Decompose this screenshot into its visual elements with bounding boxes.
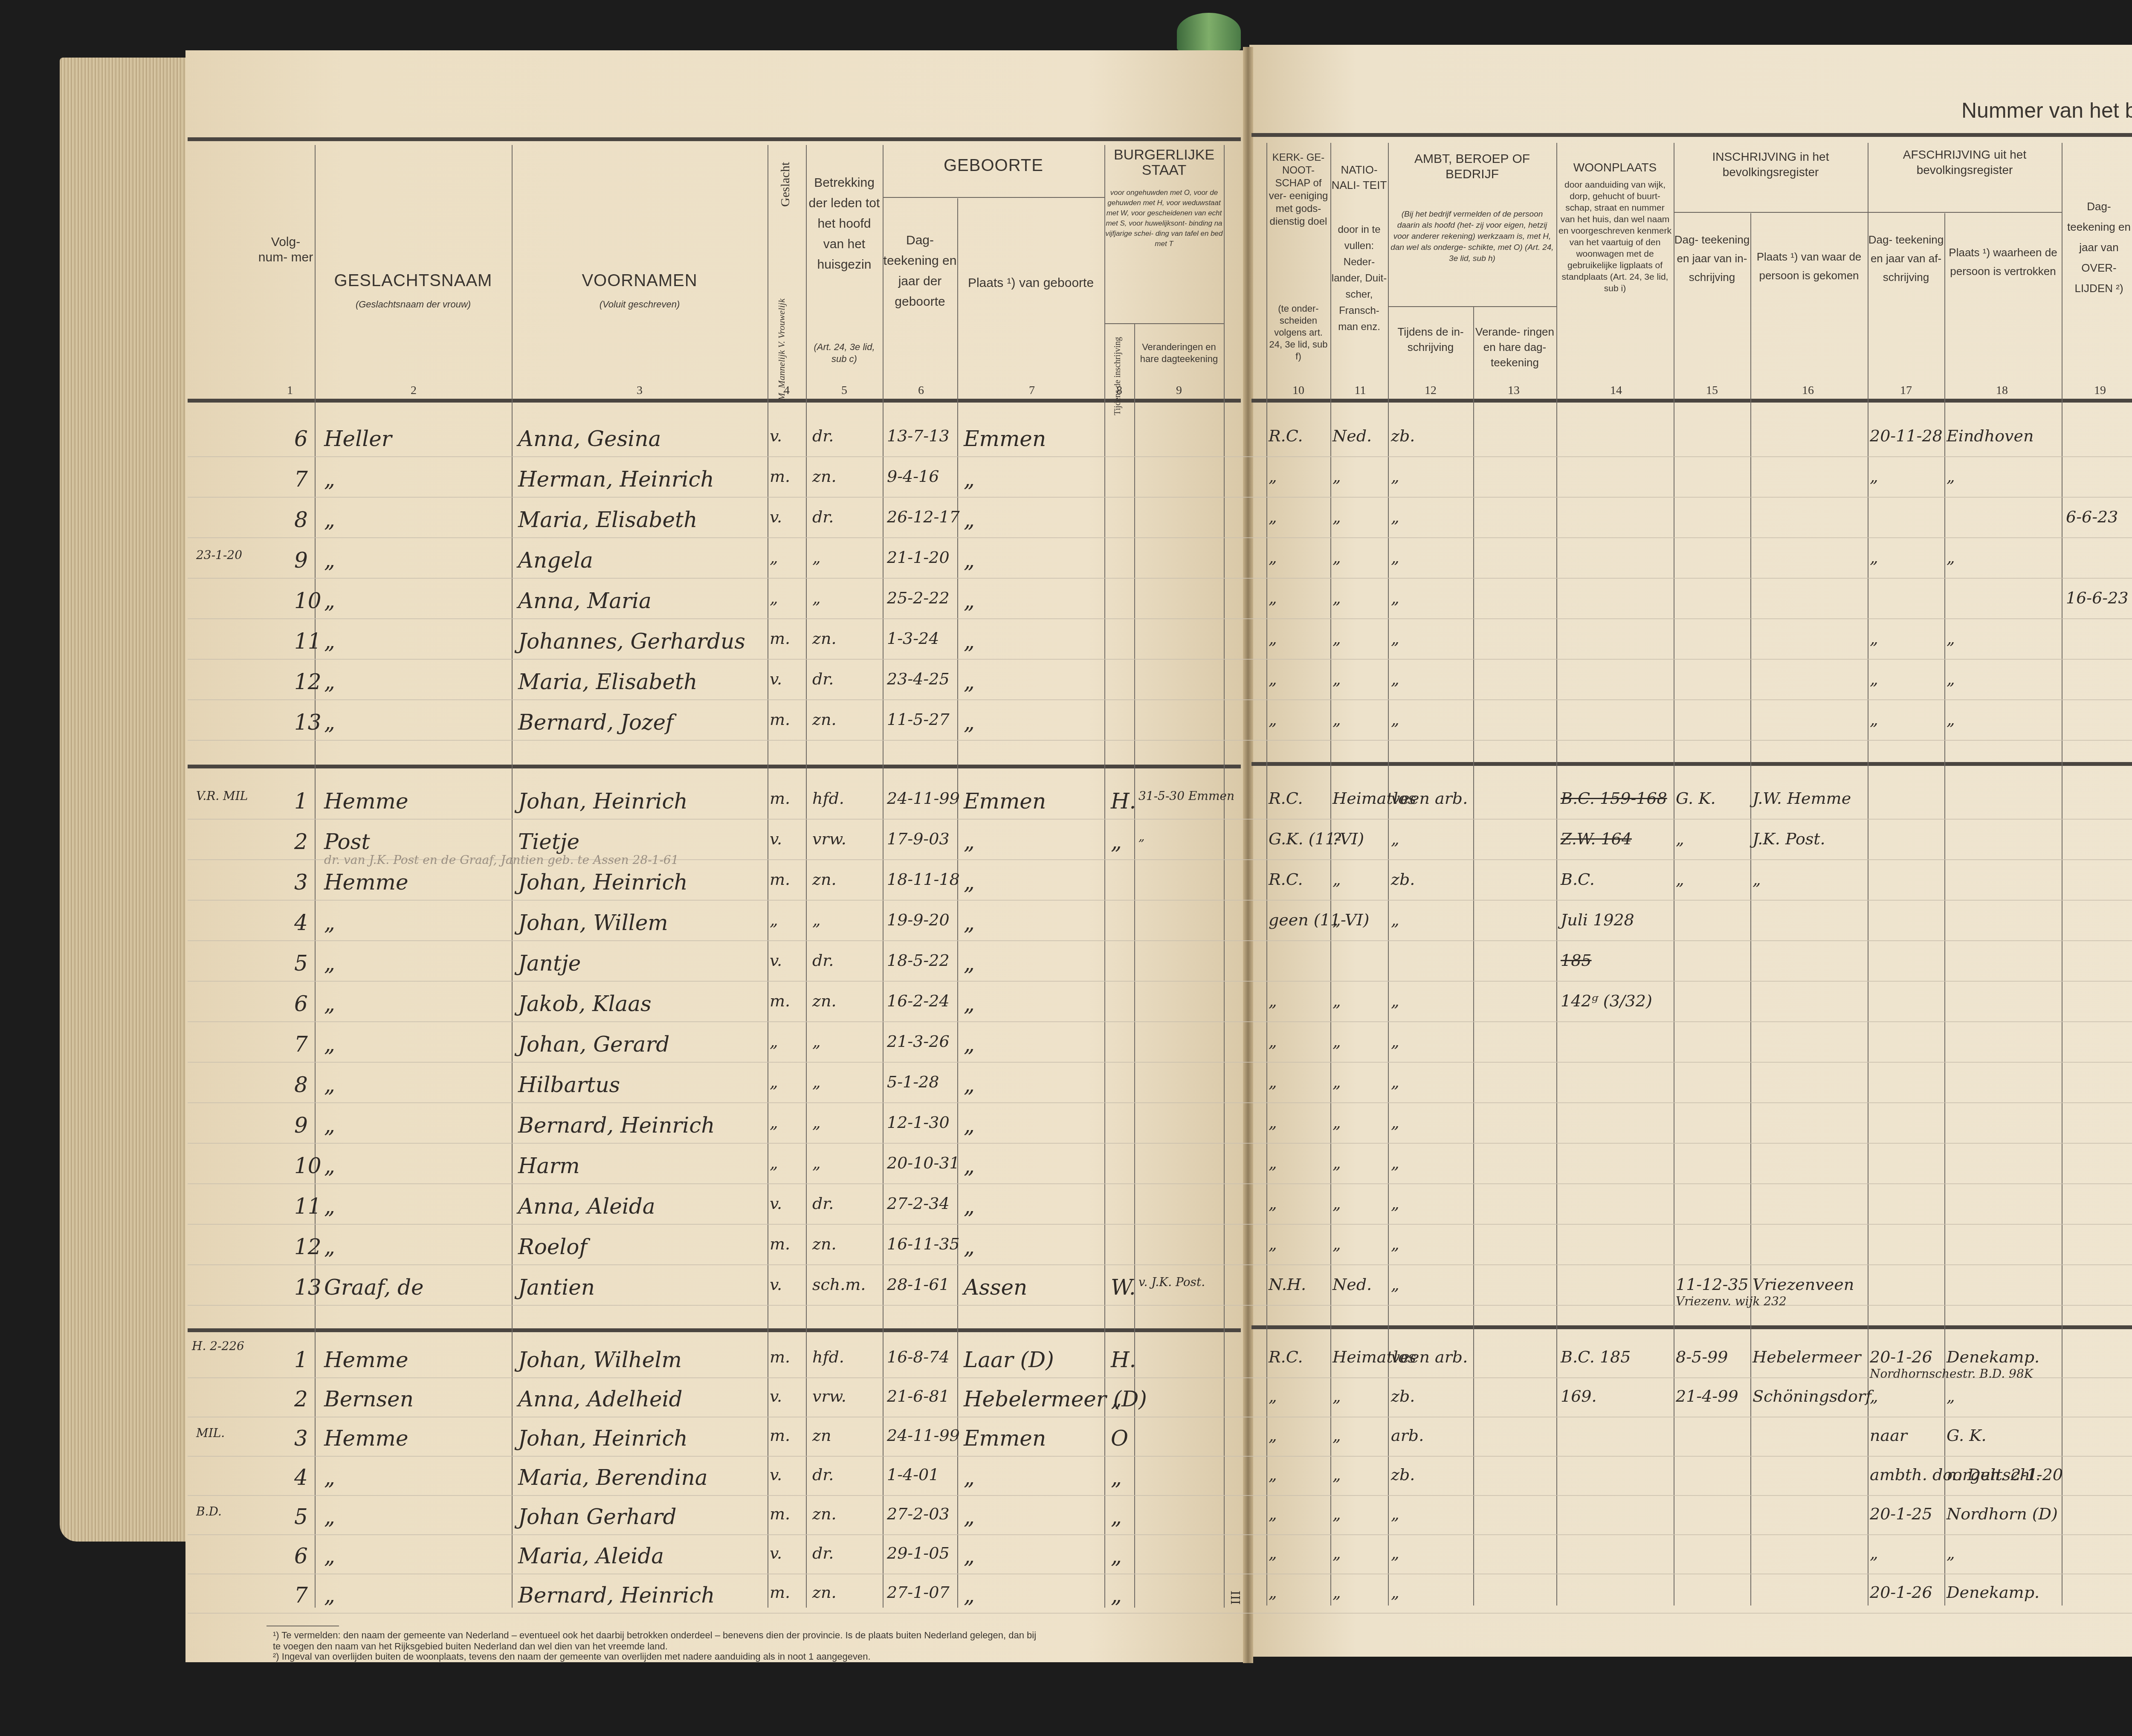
cell-rel: zn. [812, 1235, 837, 1253]
cell-occ: „ [1391, 1153, 1399, 1172]
cell-dob: 1-3-24 [887, 629, 939, 648]
cell-nat: „ [1332, 1583, 1341, 1602]
row-rule [188, 1264, 2132, 1265]
colnum-10: 10 [1288, 384, 1309, 397]
cell-pob: „ [964, 951, 975, 976]
cell-dob: 9-4-16 [887, 467, 939, 486]
header-bs-veranderingen: Veranderingen en hare dagteekening [1134, 341, 1224, 365]
cell-occ: veen arb. [1391, 789, 1468, 808]
cell-nr: 1 [294, 789, 308, 814]
colnum-4: 4 [778, 384, 795, 397]
cell-church: R.C. [1269, 1348, 1303, 1366]
row-rule [188, 1613, 2132, 1614]
header-inschrijving-dag: Dag- teekening en jaar van in- schrijvin… [1674, 230, 1750, 287]
cell-bs: W. [1111, 1275, 1136, 1300]
header-overlijden: Dag- teekening en jaar van OVER- LIJDEN … [2062, 196, 2132, 299]
household-divider-1-right [1251, 762, 2132, 766]
cell-sex: v. [770, 426, 782, 445]
header-geslachtsnaam: GESLACHTSNAAM [315, 273, 512, 288]
cell-given: Johan, Wilhelm [518, 1348, 682, 1372]
col-divider [1473, 307, 1474, 1606]
cell-occ: „ [1391, 1113, 1399, 1132]
colnum-19: 19 [2089, 384, 2111, 397]
cell-nr: 12 [294, 669, 322, 694]
cell-occ: „ [1391, 629, 1399, 648]
header-woonplaats: WOONPLAATS [1556, 160, 1674, 175]
cell-occ: zb. [1391, 1465, 1415, 1484]
cell-surname: „ [324, 669, 335, 694]
cell-sex: v. [770, 669, 782, 688]
cell-nat: Ned. [1332, 426, 1372, 445]
cell-occ: „ [1391, 991, 1399, 1010]
cell-nr: 8 [294, 1072, 308, 1097]
row-rule [188, 537, 2132, 538]
cell-dob: 27-2-34 [887, 1194, 950, 1213]
cell-out-to: n. Duitschl. [1947, 1465, 2041, 1484]
cell-in-from: J.K. Post. [1753, 829, 1825, 848]
cell-surname: „ [324, 1032, 335, 1057]
col-divider [1868, 143, 1868, 1606]
cell-pob: „ [964, 1194, 975, 1219]
cell-dob: 21-6-81 [887, 1387, 950, 1406]
cell-given: Harm [518, 1153, 580, 1178]
cell-nat: „ [1332, 1426, 1341, 1445]
cell-sex: v. [770, 1544, 782, 1562]
cell-sex: „ [770, 1032, 778, 1051]
header-nationaliteit: NATIO- NALI- TEIT [1330, 162, 1388, 193]
household-divider-1-left [188, 765, 1241, 768]
cell-church: „ [1269, 1426, 1277, 1445]
cell-nat: „ [1332, 588, 1341, 607]
cell-occ: „ [1391, 507, 1399, 526]
cell-res: 142ᵍ (3/32) [1561, 991, 1652, 1010]
cell-pob: „ [964, 1072, 975, 1097]
cell-nat: „ [1332, 910, 1341, 929]
cell-nr: 4 [294, 1465, 308, 1490]
col-divider [883, 145, 884, 1608]
cell-pob: Emmen [964, 1426, 1046, 1451]
cell-out-to: Nordhorn (D) [1947, 1504, 2058, 1523]
cell-occ: „ [1391, 1504, 1399, 1523]
cell-bs: „ [1111, 1465, 1122, 1490]
cell-nat: „ [1332, 1465, 1341, 1484]
cell-given: Maria, Elisabeth [518, 669, 697, 694]
cell-rel: zn [812, 1426, 831, 1445]
cell-given: Johan, Heinrich [518, 1426, 688, 1451]
cell-nr: 9 [294, 1113, 308, 1138]
cell-given: Maria, Elisabeth [518, 507, 697, 532]
row-rule [188, 1021, 2132, 1022]
row-rule [188, 497, 2132, 498]
cell-nat: ? [1332, 829, 1341, 848]
cell-dob: 12-1-30 [887, 1113, 950, 1132]
cell-out-to: „ [1947, 669, 1955, 688]
cell-dob: 17-9-03 [887, 829, 950, 848]
cell-in-date: „ [1676, 829, 1684, 848]
cell-nr: 2 [294, 829, 308, 854]
cell-church: „ [1269, 991, 1277, 1010]
cell-in-from: Schöningsdorf [1753, 1387, 1871, 1406]
cell-sex: „ [770, 1072, 778, 1091]
row-rule [188, 618, 2132, 619]
cell-res: 169. [1561, 1387, 1597, 1406]
cell-pob: Emmen [964, 426, 1046, 451]
cell-dob: 24-11-99 [887, 1426, 960, 1445]
cell-dob: 24-11-99 [887, 789, 960, 808]
header-geslacht: Geslacht [778, 162, 793, 207]
cell-church: G.K. (11-VI) [1269, 829, 1364, 848]
cell-pob: „ [964, 1235, 975, 1259]
row-rule [188, 1417, 2132, 1417]
cell-nat: „ [1332, 1544, 1341, 1562]
cell-given: Bernard, Jozef [518, 710, 674, 735]
cell-rel: zn. [812, 710, 837, 729]
cell-given: Tietje [518, 829, 579, 854]
cell-nat: Ned. [1332, 1275, 1372, 1294]
cell-occ: „ [1391, 1235, 1399, 1253]
cell-sex: m. [770, 629, 790, 648]
cell-sex: v. [770, 507, 782, 526]
cell-nr: 3 [294, 870, 308, 895]
cell-out-to: „ [1947, 1387, 1955, 1406]
colnum-7: 7 [1023, 384, 1040, 397]
cell-pob: „ [964, 870, 975, 895]
row-rule [188, 578, 2132, 579]
row-rule [188, 1574, 2132, 1574]
cell-rel: dr. [812, 426, 834, 445]
cell-in-from: „ [1753, 870, 1761, 889]
cell-surname: Heller [324, 426, 392, 451]
header-inschrijving-group: INSCHRIJVING in het bevolkingsregister [1674, 149, 1868, 180]
cell-rel: sch.m. [812, 1275, 866, 1294]
cell-church: „ [1269, 1235, 1277, 1253]
cell-nr: 10 [294, 588, 322, 613]
cell-surname: Hemme [324, 1348, 408, 1372]
cell-sex: „ [770, 1153, 778, 1172]
cell-occ: „ [1391, 1194, 1399, 1213]
row-rule [188, 456, 2132, 457]
cell-margin: V.R. MIL [196, 789, 248, 803]
cell-given: Anna, Gesina [518, 426, 661, 451]
header-bottom-rule-right [1251, 399, 2132, 403]
cell-bs: „ [1111, 1387, 1122, 1411]
cell-sex: „ [770, 588, 778, 607]
cell-surname: „ [324, 1544, 335, 1568]
cell-out-to: „ [1947, 710, 1955, 729]
cell-sex: m. [770, 467, 790, 486]
cell-dob: 27-2-03 [887, 1504, 950, 1523]
cell-in-from: Vriezenveen [1753, 1275, 1854, 1294]
cell-given: Bernard, Heinrich [518, 1113, 715, 1138]
row-rule [188, 1062, 2132, 1063]
cell-sex: „ [770, 910, 778, 929]
row-rule [188, 819, 2132, 820]
household-divider-2-right [1251, 1325, 2132, 1329]
cell-nr: 11 [294, 629, 322, 654]
header-afschrijving-group: AFSCHRIJVING uit het bevolkingsregister [1868, 147, 2062, 178]
cell-rel: vrw. [812, 829, 846, 848]
cell-given: Johan, Heinrich [518, 789, 688, 814]
cell-occ: „ [1391, 548, 1399, 567]
cell-church: „ [1269, 1153, 1277, 1172]
cell-nr: 1 [294, 1348, 308, 1372]
footnote-2: ²) Ingeval van overlijden buiten de woon… [273, 1651, 1040, 1662]
cell-nat: „ [1332, 1387, 1341, 1406]
cell-bs: „ [1111, 1583, 1122, 1608]
colnum-9: 9 [1170, 384, 1188, 397]
header-ambt-tijdens: Tijdens de in- schrijving [1388, 324, 1473, 355]
cell-nr: 12 [294, 1235, 322, 1259]
header-ambt-note: (Bij het bedrijf vermelden of de persoon… [1390, 209, 1554, 264]
cell-occ: arb. [1391, 1426, 1424, 1445]
cell-church: „ [1269, 1465, 1277, 1484]
colnum-12: 12 [1420, 384, 1441, 397]
cell-church: „ [1269, 548, 1277, 567]
cell-church: „ [1269, 629, 1277, 648]
cell-bs-change: v. J.K. Post. [1138, 1275, 1205, 1289]
cell-pob: Emmen [964, 789, 1046, 814]
cell-dob: 19-9-20 [887, 910, 950, 929]
cell-nr: 6 [294, 991, 308, 1016]
col-divider [1330, 143, 1331, 1606]
cell-out-date: „ [1870, 669, 1878, 688]
cell-res: Juli 1928 [1561, 910, 1634, 929]
cell-rel: dr. [812, 1194, 834, 1213]
cell-given: Johan, Heinrich [518, 870, 688, 895]
household-divider-2-left [188, 1328, 1241, 1332]
cell-nr: 13 [294, 710, 322, 735]
cell-sex: v. [770, 829, 782, 848]
cell-in-date: 11-12-35 [1676, 1275, 1749, 1294]
cell-sex: v. [770, 1275, 782, 1294]
cell-dob: 28-1-61 [887, 1275, 950, 1294]
cell-church: „ [1269, 588, 1277, 607]
row-rule [188, 699, 2132, 700]
col-divider [1556, 143, 1557, 1606]
cell-sex: m. [770, 710, 790, 729]
cell-church: „ [1269, 710, 1277, 729]
col-divider [1134, 324, 1135, 1608]
ambt-underline [1388, 306, 1556, 307]
cell-nr: 10 [294, 1153, 322, 1178]
colnum-11: 11 [1350, 384, 1371, 397]
cell-res: B.C. [1561, 870, 1595, 889]
row-rule [188, 740, 2132, 741]
cell-out-date: 20-1-26 [1870, 1583, 1932, 1602]
cell-sex: m. [770, 1426, 790, 1445]
burgerlijke-staat-underline [1104, 323, 1224, 324]
cell-church: R.C. [1269, 789, 1303, 808]
cell-occ: „ [1391, 910, 1399, 929]
cell-surname: Hemme [324, 1426, 408, 1451]
cell-church: R.C. [1269, 870, 1303, 889]
cell-occ: „ [1391, 829, 1399, 848]
col-divider [1224, 145, 1225, 1608]
household-reference: H. 2-226 [192, 1339, 244, 1353]
cell-pob: „ [964, 629, 975, 654]
cell-pob: „ [964, 588, 975, 613]
cell-out-to: G. K. [1947, 1426, 1987, 1445]
cell-nr: 11 [294, 1194, 322, 1219]
header-geslachtsnaam-sub: (Geslachtsnaam der vrouw) [315, 299, 512, 310]
colnum-8: 8 [1111, 384, 1128, 397]
cell-surname: „ [324, 710, 335, 735]
cell-surname: „ [324, 629, 335, 654]
cell-given: Herman, Heinrich [518, 467, 714, 492]
cell-nat: „ [1332, 1153, 1341, 1172]
col-divider [1944, 213, 1945, 1606]
cell-surname: „ [324, 588, 335, 613]
cell-given: Anna, Aleida [518, 1194, 655, 1219]
cell-occ: „ [1391, 588, 1399, 607]
cell-nr: 7 [294, 1032, 308, 1057]
cell-bs: O [1111, 1426, 1128, 1451]
cell-bs: „ [1111, 1504, 1122, 1529]
header-burgerlijke-staat-note: voor ongehuwden met O, voor de gehuwden … [1105, 188, 1223, 249]
cell-rel: dr. [812, 1465, 834, 1484]
cell-nr: 13 [294, 1275, 322, 1300]
header-kerkgenootschap: KERK- GE- NOOT- SCHAP of ver- eeniging m… [1266, 151, 1330, 228]
cell-surname: „ [324, 467, 335, 492]
cell-nat: „ [1332, 629, 1341, 648]
cell-nr: 7 [294, 1583, 308, 1608]
cell-church: N.H. [1269, 1275, 1306, 1294]
cell-death: 16-6-23 [2066, 588, 2129, 607]
cell-surname: „ [324, 1465, 335, 1490]
cell-sex: m. [770, 1348, 790, 1366]
cell-pob: Laar (D) [964, 1348, 1054, 1372]
cell-rel: dr. [812, 951, 834, 970]
cell-occ: „ [1391, 710, 1399, 729]
cell-in-date: G. K. [1676, 789, 1716, 808]
cell-out-date: „ [1870, 629, 1878, 648]
cell-death: 6-6-23 [2066, 507, 2118, 526]
cell-given: Johan, Willem [518, 910, 668, 935]
cell-nr: 4 [294, 910, 308, 935]
header-geboorte-dag: Dag- teekening en jaar der geboorte [883, 230, 957, 312]
cell-sex: v. [770, 1465, 782, 1484]
colnum-3: 3 [631, 384, 648, 397]
cell-out-to: „ [1947, 467, 1955, 486]
cell-nr: 5 [294, 1504, 308, 1529]
cell-surname: Bernsen [324, 1387, 414, 1411]
cell-sex: „ [770, 1113, 778, 1132]
cell-rel: dr. [812, 1544, 834, 1562]
colnum-16: 16 [1797, 384, 1819, 397]
header-kerkgenootschap-sub: (te onder- scheiden volgens art. 24, 3e … [1266, 303, 1330, 362]
cell-surname: Hemme [324, 789, 408, 814]
cell-nat: „ [1332, 870, 1341, 889]
header-bs-tijdens: Tijdens de inschrijving [1113, 337, 1123, 415]
cell-given: Hilbartus [518, 1072, 620, 1097]
cell-given: Anna, Adelheid [518, 1387, 683, 1411]
cell-rel: zn. [812, 1504, 837, 1523]
cell-in-date: 21-4-99 [1676, 1387, 1738, 1406]
cell-given: Jantje [518, 951, 581, 976]
header-volgnummer: Volg- num- mer [256, 235, 316, 265]
cell-occ: zb. [1391, 870, 1415, 889]
cell-dob: 20-10-31 [887, 1153, 960, 1172]
row-rule [188, 1495, 2132, 1496]
col-divider [512, 145, 513, 1608]
cell-given: Roelof [518, 1235, 587, 1259]
cell-res: 185 [1561, 951, 1592, 970]
cell-pob: „ [964, 1032, 975, 1057]
cell-surname: Graaf, de [324, 1275, 424, 1300]
colnum-13: 13 [1503, 384, 1524, 397]
header-burgerlijke-staat: BURGERLIJKE STAAT [1104, 147, 1224, 178]
cell-church: „ [1269, 507, 1277, 526]
book-gutter [1243, 47, 1253, 1663]
cell-bs-change: „ [1138, 829, 1145, 843]
cell-nat: „ [1332, 467, 1341, 486]
cell-dob: 16-8-74 [887, 1348, 950, 1366]
cell-surname: „ [324, 1072, 335, 1097]
cell-rel: „ [812, 910, 821, 929]
cell-out-to: „ [1947, 1544, 1955, 1562]
cell-occ: „ [1391, 1072, 1399, 1091]
cell-rel: dr. [812, 669, 834, 688]
cell-sex: m. [770, 991, 790, 1010]
header-voornamen: VOORNAMEN [512, 273, 768, 288]
cell-nr: 3 [294, 1426, 308, 1451]
cell-pob: „ [964, 507, 975, 532]
cell-rel: „ [812, 588, 821, 607]
cell-pob: „ [964, 910, 975, 935]
colnum-18: 18 [1991, 384, 2013, 397]
colnum-2: 2 [405, 384, 422, 397]
cell-margin: MIL. [196, 1426, 225, 1440]
cell-out-date: naar [1870, 1426, 1907, 1445]
cell-out-to: Denekamp. [1947, 1348, 2039, 1366]
cell-surname: „ [324, 910, 335, 935]
cell-out-date: „ [1870, 1387, 1878, 1406]
col-divider [2062, 143, 2062, 1606]
cell-res: Z.W. 164 [1561, 829, 1632, 848]
cell-occ: „ [1391, 1583, 1399, 1602]
cell-given: Bernard, Heinrich [518, 1583, 715, 1608]
cell-church: „ [1269, 1544, 1277, 1562]
row-rule [188, 1102, 2132, 1103]
footnote-rule [266, 1626, 339, 1626]
cell-dob: 11-5-27 [887, 710, 950, 729]
cell-rel: „ [812, 1113, 821, 1132]
cell-nr: 7 [294, 467, 308, 492]
cell-nat: „ [1332, 1113, 1341, 1132]
page-mark: III [1228, 1591, 1242, 1605]
header-voornamen-sub: (Voluit geschreven) [512, 299, 768, 310]
cell-nr: 8 [294, 507, 308, 532]
cell-pob: „ [964, 1113, 975, 1138]
col-divider [957, 198, 958, 1608]
cell-surname: „ [324, 1504, 335, 1529]
cell-surname: „ [324, 991, 335, 1016]
cell-out-date: „ [1870, 467, 1878, 486]
cell-surname: „ [324, 951, 335, 976]
cell-sex: „ [770, 548, 778, 567]
colnum-15: 15 [1701, 384, 1723, 397]
cell-out-date: 20-1-26 [1870, 1348, 1932, 1366]
cell-nr: 9 [294, 548, 308, 573]
cell-margin: B.D. [196, 1504, 222, 1519]
geboorte-underline [883, 197, 1104, 198]
cell-church: „ [1269, 1387, 1277, 1406]
col-divider [768, 145, 768, 1608]
cell-in-from: Hebelermeer [1753, 1348, 1861, 1366]
cell-occ: „ [1391, 1275, 1399, 1294]
cell-dob: 23-4-25 [887, 669, 950, 688]
header-geboorte-group: GEBOORTE [883, 158, 1104, 173]
